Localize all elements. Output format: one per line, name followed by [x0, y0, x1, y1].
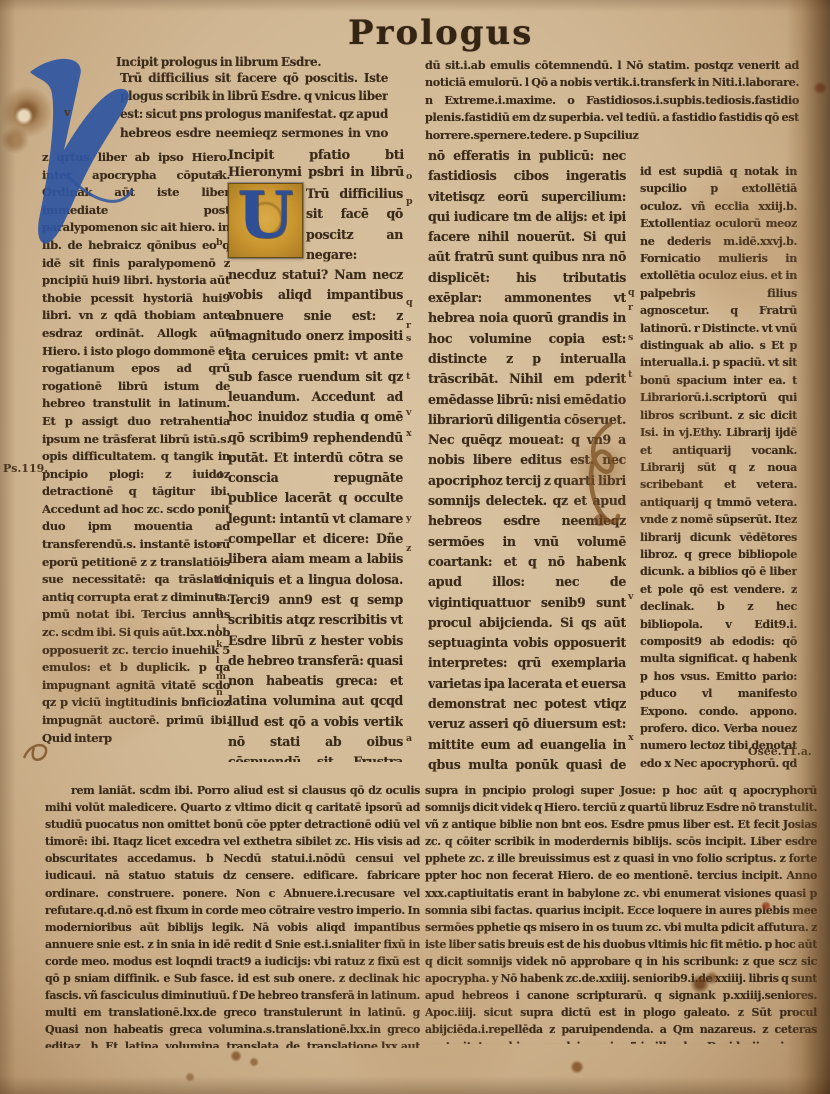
gloss-ref-letter: r [406, 320, 411, 331]
ink-flourish [578, 418, 624, 538]
gloss-ref-letter: v [406, 407, 412, 418]
margin-note-right: Osee.11.a. [748, 745, 812, 758]
gloss-ref-letter: b [216, 237, 223, 248]
bottom-gloss-left: rem laniāt. scdm ibi. Porro aliud est si… [45, 782, 420, 1048]
gloss-ref-letter: l [216, 655, 220, 666]
gloss-ref-letter: k [216, 639, 223, 650]
intro-guide-letter: v [64, 106, 70, 119]
gloss-ref-letter: a [216, 168, 222, 179]
gloss-ref-letter: e [216, 540, 222, 551]
gloss-ref-letter: t [406, 371, 410, 382]
gloss-ref-letter: y [406, 513, 412, 524]
main-col-1: Trū difficilius sit facē qō poscitz an n… [228, 184, 403, 762]
bottom-gloss-right: supra in pncipio prologi super Josue: p … [425, 782, 817, 1044]
illuminated-initial-letter: U [229, 176, 302, 256]
illuminated-initial: U [228, 183, 303, 258]
gloss-ref-letter: n [216, 687, 223, 698]
gloss-ref-letter: r [628, 302, 633, 313]
gloss-ref-letter: q [406, 297, 413, 308]
gloss-ref-letter: o [406, 171, 412, 182]
gloss-ref-letter: m [216, 671, 226, 682]
commentary-col-right: id est supdiā q notak in supcilio p exto… [640, 163, 797, 775]
margin-note-left: Ps.119. [3, 462, 48, 475]
gloss-ref-letter: s [406, 333, 411, 344]
ink-squiggle [20, 736, 52, 766]
gloss-ref-letter: q [628, 287, 635, 298]
gloss-ref-letter: t [628, 369, 632, 380]
gloss-ref-letter: x [406, 428, 412, 439]
page-title: Prologus [348, 13, 533, 53]
gloss-ref-letter: s [628, 332, 633, 343]
intro-heading: Incipit prologus in librum Esdre. [116, 55, 388, 69]
gloss-ref-letter: p [406, 196, 413, 207]
main-col-1-text: Trū difficilius sit facē qō poscitz an n… [228, 186, 403, 762]
gloss-ref-letter: z [406, 543, 411, 554]
manuscript-page: Prologus Incipit prologus in librum Esdr… [0, 0, 830, 1094]
gloss-ref-letter: v [628, 591, 634, 602]
gloss-ref-letter: f [216, 575, 220, 586]
gloss-ref-letter: x [628, 732, 634, 743]
gloss-ref-letter: a [406, 733, 412, 744]
gloss-ref-letter: i [216, 623, 220, 634]
gloss-ref-letter: h [216, 607, 223, 618]
gloss-ref-letter: g [216, 591, 223, 602]
intro-initial-flourish [26, 56, 140, 248]
gloss-ref-letter: d [216, 470, 223, 481]
